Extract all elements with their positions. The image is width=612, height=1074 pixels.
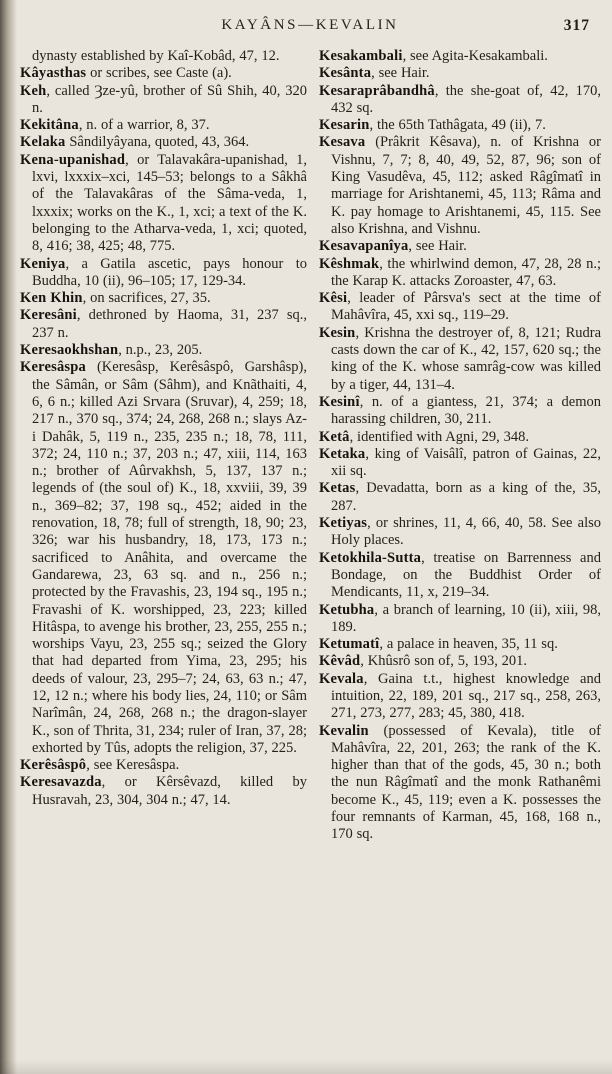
index-entry: Keh, called Ȝze-yû, brother of Sû Shih, … — [20, 83, 307, 118]
entry-term: Keresavazda — [20, 774, 102, 790]
entry-term: Kena-upanishad — [20, 152, 125, 168]
index-entry: Ketiyas, or shrines, 11, 4, 66, 40, 58. … — [319, 515, 601, 550]
index-entry: Kesânta, see Hair. — [319, 65, 601, 82]
entry-term: Kesaraprâbandhâ — [319, 83, 435, 99]
index-entry: Kevala, Gaina t.t., highest knowledge an… — [319, 671, 601, 723]
index-entry: Kêshmak, the whirlwind demon, 47, 28, 28… — [319, 256, 601, 291]
scan-gutter-shadow — [0, 0, 18, 1074]
entry-term: Kevalin — [319, 723, 369, 739]
index-entry: Keresaokhshan, n.p., 23, 205. — [20, 342, 307, 359]
index-entry: Ketaka, king of Vaisâlî, patron of Gaina… — [319, 446, 601, 481]
entry-term: Ketas — [319, 480, 355, 496]
index-entry: Ketubha, a branch of learning, 10 (ii), … — [319, 602, 601, 637]
entry-term: Kesin — [319, 325, 355, 341]
index-entry: Kesaraprâbandhâ, the she-goat of, 42, 17… — [319, 83, 601, 118]
entry-term: Kesakambali — [319, 48, 403, 64]
entry-term: Keresâspa — [20, 359, 86, 375]
index-entry: Kesakambali, see Agita-Kesakambali. — [319, 48, 601, 65]
entry-term: Ketâ — [319, 429, 350, 445]
page-header: KAYÂNS—KEVALIN 317 — [20, 17, 600, 37]
index-entry: Kesinî, n. of a giantess, 21, 374; a dem… — [319, 394, 601, 429]
left-column: dynasty established by Kaî-Kobâd, 47, 12… — [20, 48, 307, 844]
entry-term: Ketokhila-Sutta — [319, 550, 421, 566]
index-columns: dynasty established by Kaî-Kobâd, 47, 12… — [20, 48, 601, 844]
index-entry: Keresâni, dethroned by Haoma, 31, 237 sq… — [20, 307, 307, 342]
running-title: KAYÂNS—KEVALIN — [20, 17, 600, 34]
entry-term: Ketiyas — [319, 515, 367, 531]
entry-term: Keniya — [20, 256, 66, 272]
index-entry: Kesava (Prâkrit Kêsava), n. of Krishna o… — [319, 134, 601, 238]
page-number: 317 — [564, 17, 590, 35]
entry-term: Kekitâna — [20, 117, 79, 133]
entry-term: Kesarin — [319, 117, 370, 133]
index-entry: Kerêsâspô, see Keresâspa. — [20, 757, 307, 774]
entry-term: Kesânta — [319, 65, 371, 81]
entry-term: Kêsi — [319, 290, 347, 306]
index-entry: Ketumatî, a palace in heaven, 35, 11 sq. — [319, 636, 601, 653]
index-entry: Kesin, Krishna the destroyer of, 8, 121;… — [319, 325, 601, 394]
entry-term: Keresâni — [20, 307, 77, 323]
entry-term: Ken Khin — [20, 290, 83, 306]
entry-term: Keresaokhshan — [20, 342, 118, 358]
index-entry: Kêvâd, Khûsrô son of, 5, 193, 201. — [319, 653, 601, 670]
entry-term: Keh — [20, 83, 46, 99]
entry-term: Kesavapanîya — [319, 238, 408, 254]
entry-term: Ketubha — [319, 602, 374, 618]
index-entry: Kena-upanishad, or Talavakâra-upanishad,… — [20, 152, 307, 256]
index-entry: Ken Khin, on sacrifices, 27, 35. — [20, 290, 307, 307]
entry-term: Ketaka — [319, 446, 365, 462]
entry-term: Kêvâd — [319, 653, 360, 669]
index-entry: Ketokhila-Sutta, treatise on Barrenness … — [319, 550, 601, 602]
entry-term: Kesinî — [319, 394, 360, 410]
index-entry: Ketâ, identified with Agni, 29, 348. — [319, 429, 601, 446]
entry-term: Ketumatî — [319, 636, 379, 652]
index-entry: Ketas, Devadatta, born as a king of the,… — [319, 480, 601, 515]
scan-bottom-shadow — [0, 1060, 612, 1074]
index-entry: Kêsi, leader of Pârsva's sect at the tim… — [319, 290, 601, 325]
entry-term: Kevala — [319, 671, 364, 687]
index-entry: Kâyasthas or scribes, see Caste (a). — [20, 65, 307, 82]
index-entry: Keniya, a Gatila ascetic, pays honour to… — [20, 256, 307, 291]
index-entry: Kesarin, the 65th Tathâgata, 49 (ii), 7. — [319, 117, 601, 134]
right-column: Kesakambali, see Agita-Kesakambali.Kesân… — [319, 48, 601, 844]
entry-term: Kesava — [319, 134, 365, 150]
entry-term: Kerêsâspô — [20, 757, 86, 773]
index-entry: Kevalin (possessed of Kevala), title of … — [319, 723, 601, 844]
entry-term: Kâyasthas — [20, 65, 86, 81]
index-entry: Kelaka Sândilyâyana, quoted, 43, 364. — [20, 134, 307, 151]
index-entry: Kesavapanîya, see Hair. — [319, 238, 601, 255]
entry-term: Kêshmak — [319, 256, 379, 272]
index-entry: dynasty established by Kaî-Kobâd, 47, 12… — [20, 48, 307, 65]
index-entry: Kekitâna, n. of a warrior, 8, 37. — [20, 117, 307, 134]
index-entry: Keresavazda, or Kêrsêvazd, killed by Hus… — [20, 774, 307, 809]
book-page: KAYÂNS—KEVALIN 317 dynasty established b… — [0, 0, 612, 1074]
entry-term: Kelaka — [20, 134, 66, 150]
index-entry: Keresâspa (Keresâsp, Kerêsâspô, Garshâsp… — [20, 359, 307, 757]
